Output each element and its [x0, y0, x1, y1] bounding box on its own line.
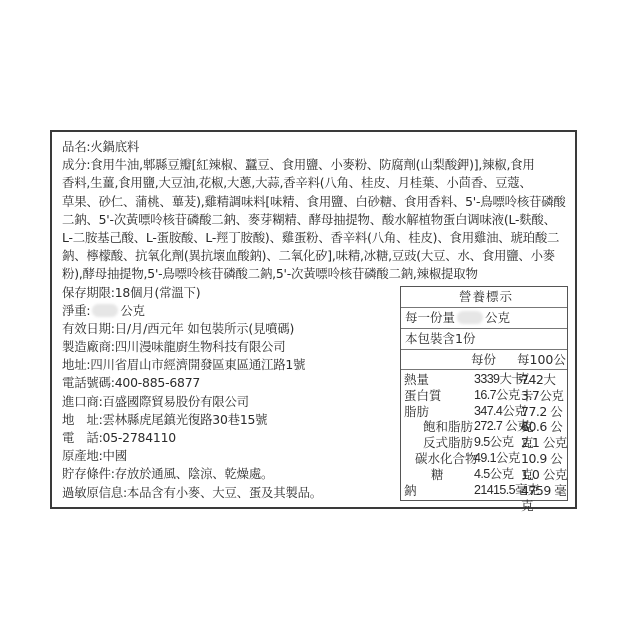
nutrition-facts-table: 營養標示 每一份量公克 本包裝含1份 每份 每100公克 熱量 3339大卡 7…: [400, 286, 568, 501]
per-serving-value: 9.5公克: [474, 435, 513, 451]
ingredients-line: 粉),酵母抽提物,5'-鳥嘌呤核苷磷酸二鈉,5'-次黃嘌呤核苷磷酸二鈉,辣椒提取…: [62, 265, 570, 283]
ingredients-line: 香料,生薑,食用鹽,大豆油,花椒,大蔥,大蒜,香辛料(八角、桂皮、月桂葉、小茴香…: [62, 174, 570, 192]
nutrient-name: 糖: [431, 467, 444, 483]
ingredients-line: L-二胺基己酸、L-蛋胺酸、L-羥丁胺酸)、雞蛋粉、香辛料(八角、桂皮)、食用雞…: [62, 229, 570, 247]
per-100g-value: 1.0 公克: [521, 467, 567, 483]
nutrient-name: 鈉: [404, 483, 417, 499]
per-serving-value: 49.1公克: [474, 451, 520, 467]
serving-size: 每一份量公克: [401, 308, 567, 329]
product-name: 品名:火鍋底料: [62, 138, 570, 156]
nutrition-row-protein: 蛋白質 16.7公克 3.7公克: [401, 388, 567, 404]
per-100g-value: 3.7公克: [521, 388, 563, 404]
redacted-value: [92, 304, 118, 317]
nutrient-name: 飽和脂肪: [423, 419, 473, 435]
ingredients-line: 鈉、檸檬酸、抗氧化劑(異抗壞血酸鈉)、二氧化矽],味精,冰糖,豆豉(大豆、水、食…: [62, 247, 570, 265]
nutrient-name: 脂肪: [404, 404, 429, 420]
nutrition-column-headers: 每份 每100公克: [401, 350, 567, 370]
nutrition-row-trans-fat: 反式脂肪 9.5公克 2.1 公克: [401, 435, 567, 451]
servings-per-package: 本包裝含1份: [401, 329, 567, 350]
redacted-value: [457, 311, 483, 324]
per-100g-value: 4759 毫克: [521, 483, 567, 515]
col-per-serving: 每份: [471, 350, 496, 369]
nutrient-name: 蛋白質: [404, 388, 442, 404]
per-serving-value: 347.4公克: [474, 404, 526, 420]
nutrition-row-sugar: 糖 4.5公克 1.0 公克: [401, 467, 567, 483]
nutrition-row-carbohydrate: 碳水化合物 49.1公克 10.9 公克: [401, 451, 567, 467]
per-serving-value: 16.7公克: [474, 388, 520, 404]
nutrition-row-sodium: 鈉 21415.5毫克 4759 毫克: [401, 483, 567, 499]
serving-size-unit: 公克: [485, 310, 510, 325]
per-serving-value: 3339大卡: [474, 372, 523, 388]
per-100g-value: 2.1 公克: [521, 435, 567, 451]
nutrient-name: 反式脂肪: [423, 435, 473, 451]
per-serving-value: 4.5公克: [474, 467, 513, 483]
nutrient-name: 熱量: [404, 372, 429, 388]
ingredients-line: 二鈉、5'-次黃嘌呤核苷磷酸二鈉、麥芽糊精、酵母抽提物、酸水解植物蛋白调味液(L…: [62, 211, 570, 229]
net-weight-unit: 公克: [120, 303, 144, 318]
net-weight-label: 淨重:: [62, 303, 90, 318]
ingredients-line: 成分:食用牛油,郫縣豆瓣[紅辣椒、蠶豆、食用鹽、小麥粉、防腐劑(山梨酸鉀)],辣…: [62, 156, 570, 174]
ingredients: 成分:食用牛油,郫縣豆瓣[紅辣椒、蠶豆、食用鹽、小麥粉、防腐劑(山梨酸鉀)],辣…: [62, 156, 570, 283]
nutrient-name: 碳水化合物: [415, 451, 478, 467]
nutrition-title: 營養標示: [401, 287, 567, 308]
product-label: 品名:火鍋底料 成分:食用牛油,郫縣豆瓣[紅辣椒、蠶豆、食用鹽、小麥粉、防腐劑(…: [50, 130, 577, 509]
nutrition-row-saturated-fat: 飽和脂肪 272.7 公克 60.6 公克: [401, 419, 567, 435]
ingredients-line: 草果、砂仁、蒲桃、蓽茇),雞精調味料[味精、食用鹽、白砂糖、食用香料、5'-鳥嘌…: [62, 193, 570, 211]
serving-size-label: 每一份量: [405, 310, 455, 325]
nutrition-row-fat: 脂肪 347.4公克 77.2 公克: [401, 404, 567, 420]
nutrition-rows: 熱量 3339大卡 742大卡 蛋白質 16.7公克 3.7公克 脂肪 347.…: [401, 370, 567, 500]
nutrition-row-calories: 熱量 3339大卡 742大卡: [401, 372, 567, 388]
